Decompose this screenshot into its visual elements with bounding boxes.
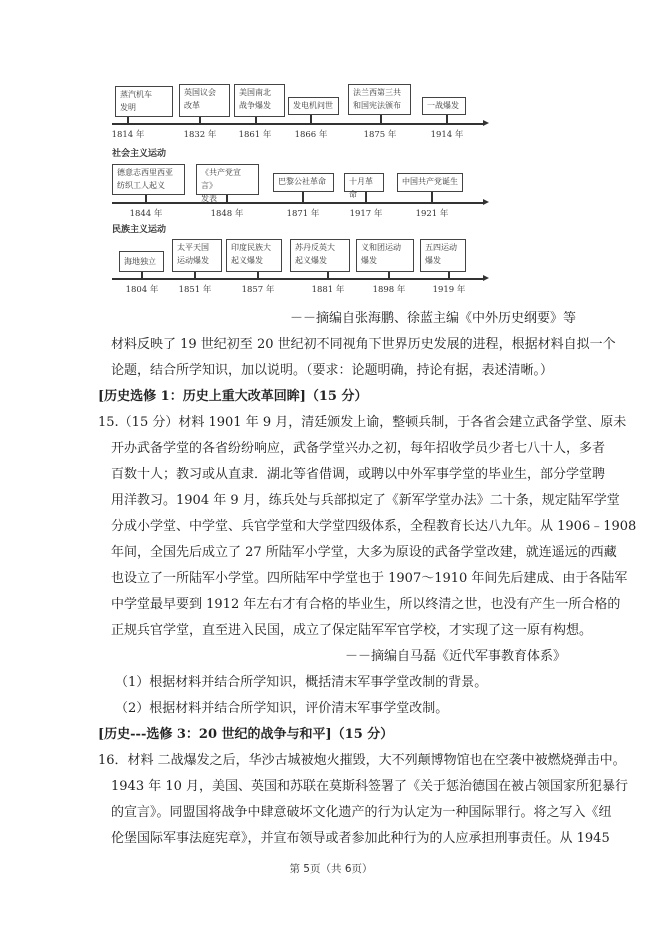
- event-year: 1871 年: [287, 207, 320, 219]
- row-label: 民族主义运动: [112, 222, 166, 235]
- q14-source: －－摘编自张海鹏、徐蓝主编《中外历史纲要》等: [290, 311, 576, 327]
- event-box: 英国议会 改革: [179, 84, 230, 117]
- event-year: 1881 年: [312, 283, 345, 295]
- event-box: 发电机问世: [288, 97, 339, 115]
- event-year: 1814 年: [112, 128, 145, 140]
- event-box: 巴黎公社革命: [273, 173, 334, 192]
- timeline-row-2: 社会主义运动 德意志西里西亚 纺织工人起义 1844 年 《共产党宣言》 发表 …: [112, 146, 488, 220]
- page-number: 第 5页（共 6页）: [0, 861, 662, 876]
- q15-source: －－摘编自马磊《近代军事教育体系》: [345, 649, 566, 665]
- event-box: 蒸汽机车 发明: [115, 86, 173, 117]
- timeline-row-3: 民族主义运动 海地独立 1804 年 太平天国 运动爆发 1851 年 印度民族…: [112, 222, 488, 296]
- event-box: 一战爆发: [422, 97, 466, 115]
- event-year: 1857 年: [242, 283, 275, 295]
- event-box: 德意志西里西亚 纺织工人起义: [112, 164, 185, 195]
- event-box: 《共产党宣言》 发表: [196, 164, 259, 195]
- q15-line: 开办武备学堂的各省纷纷响应，武备学堂兴办之初，每年招收学员少者七八十人，多者: [111, 441, 605, 457]
- q15-line: 用洋教习。1904 年 9 月，练兵处与兵部拟定了《新军学堂办法》二十条，规定陆…: [111, 493, 620, 509]
- q15-sub-question-1: （1）根据材料并结合所学知识，概括清末军事学堂改制的背景。: [115, 675, 487, 691]
- timeline-axis: [112, 123, 484, 125]
- q16-line: 16．材料 二战爆发之后，华沙古城被炮火摧毁，大不列颠博物馆也在空袭中被燃烧弹击…: [98, 753, 626, 769]
- row-label: 社会主义运动: [112, 146, 166, 159]
- event-year: 1804 年: [126, 283, 159, 295]
- event-box: 海地独立: [119, 251, 164, 272]
- event-box: 十月革命: [344, 173, 384, 192]
- event-box: 太平天国 运动爆发: [172, 239, 222, 272]
- event-year: 1921 年: [416, 207, 449, 219]
- event-year: 1914 年: [431, 128, 464, 140]
- q15-line: 百数十人；教习或从直隶．湖北等省借调，或聘以中外军事学堂的毕业生，部分学堂聘: [111, 467, 605, 483]
- q16-line: 伦堡国际军事法庭宪章》，并宣布领导或者参加此种行为的人应承担刑事责任。从 194…: [111, 831, 610, 847]
- event-year: 1866 年: [295, 128, 328, 140]
- q15-line: 分成小学堂、中学堂、兵官学堂和大学堂四级体系，全程教育长达八九年。从 1906﹣…: [111, 519, 636, 535]
- event-box: 五四运动 爆发: [420, 239, 466, 272]
- q15-line: 年间，全国先后成立了 27 所陆军小学堂，大多为原设的武备学堂改建，就连遥远的西…: [111, 545, 617, 561]
- q15-line: 正规兵官学堂，直至进入民国，成立了保定陆军军官学校，才实现了这一原有构想。: [111, 623, 592, 639]
- q16-line: 的宣言》。同盟国将战争中肆意破坏文化遗产的行为认定为一种国际罪行。将之写入《纽: [111, 805, 612, 821]
- event-year: 1917 年: [350, 207, 383, 219]
- q14-line: 论题，结合所学知识，加以说明。（要求：论题明确，持论有据，表述清晰。）: [111, 363, 553, 379]
- section-heading-elective-1: [历史选修 1：历史上重大改革回眸]（15 分）: [98, 389, 368, 405]
- event-year: 1898 年: [373, 283, 406, 295]
- section-heading-elective-3: [历史---选修 3：20 世纪的战争与和平]（15 分）: [98, 727, 393, 743]
- event-year: 1919 年: [433, 283, 466, 295]
- event-box: 苏丹反英大 起义爆发: [290, 239, 350, 272]
- event-box: 美国南北 战争爆发: [234, 84, 285, 117]
- event-year: 1844 年: [130, 207, 163, 219]
- timeline-row-1: 蒸汽机车 发明 1814 年 英国议会 改革 1832 年 美国南北 战争爆发 …: [112, 84, 488, 144]
- q15-sub-question-2: （2）根据材料并结合所学知识，评价清末军事学堂改制。: [115, 701, 448, 717]
- event-year: 1875 年: [364, 128, 397, 140]
- event-year: 1851 年: [179, 283, 212, 295]
- event-year: 1848 年: [211, 207, 244, 219]
- q15-line: 中学堂最早要到 1912 年左右才有合格的毕业生，所以终清之世，也没有产生一所合…: [111, 597, 620, 613]
- q15-line: 15.（15 分）材料 1901 年 9 月，清廷颁发上谕，整顿兵制，于各省会建…: [98, 415, 626, 431]
- event-box: 中国共产党诞生: [397, 173, 463, 192]
- event-box: 法兰西第三共 和国宪法颁布: [348, 84, 411, 115]
- event-year: 1861 年: [239, 128, 272, 140]
- q16-line: 1943 年 10 月，美国、英国和苏联在莫斯科签署了《关于惩治德国在被占领国家…: [111, 779, 628, 795]
- event-box: 印度民族大 起义爆发: [226, 239, 282, 272]
- timeline-axis: [112, 278, 484, 280]
- event-box: 义和团运动 爆发: [356, 239, 414, 272]
- q14-line: 材料反映了 19 世纪初至 20 世纪初不同视角下世界历史发展的进程，根据材料自…: [111, 337, 616, 353]
- timeline-axis: [112, 202, 484, 204]
- event-year: 1832 年: [184, 128, 217, 140]
- q15-line: 也设立了一所陆军小学堂。四所陆军中学堂也于 1907～1910 年间先后建成、由…: [111, 571, 627, 587]
